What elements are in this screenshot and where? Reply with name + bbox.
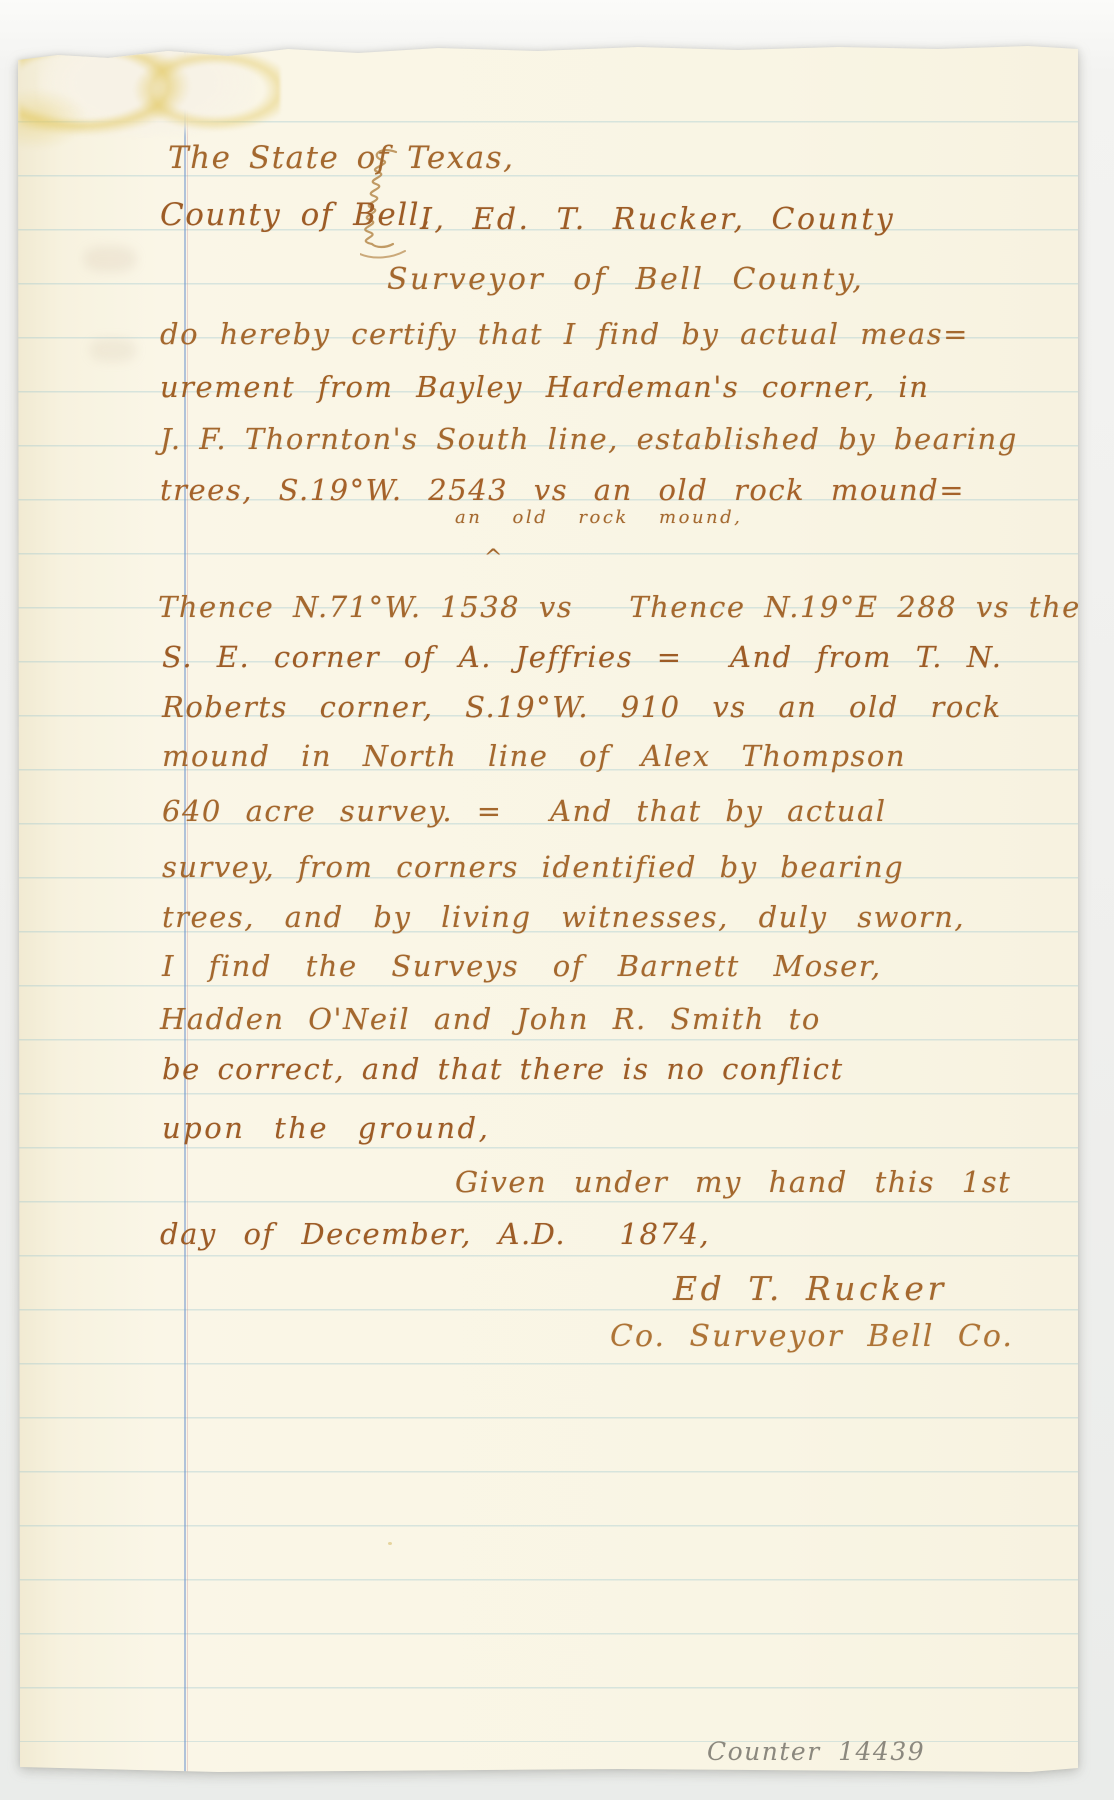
doc-line: S. E. corner of A. Jeffries = And from T…	[162, 641, 1002, 674]
doc-line: be correct, and that there is no conflic…	[162, 1053, 844, 1086]
doc-line-attestation: Given under my hand this 1st	[455, 1166, 1011, 1199]
counter-annotation: Counter 14439	[707, 1738, 925, 1767]
doc-line: I, Ed. T. Rucker, County	[420, 203, 895, 238]
signature-title: Co. Surveyor Bell Co.	[610, 1320, 1014, 1355]
doc-line: Hadden O'Neil and John R. Smith to	[160, 1003, 821, 1036]
paper-speck	[388, 1542, 392, 1545]
paper-stain-edge	[14, 88, 88, 150]
interline-insertion: an old rock mound,	[455, 508, 742, 529]
doc-line-date: day of December, A.D. 1874,	[160, 1218, 710, 1251]
doc-line: Roberts corner, S.19°W. 910 vs an old ro…	[162, 691, 1002, 724]
doc-line: mound in North line of Alex Thompson	[162, 740, 906, 773]
doc-line-county: County of Bell,	[160, 198, 431, 234]
doc-line: urement from Bayley Hardeman's corner, i…	[160, 371, 929, 404]
doc-line: Surveyor of Bell County,	[387, 263, 864, 298]
scan-background: The State of Texas, County of Bell, I, E…	[0, 0, 1114, 1800]
ink-bleedthrough	[84, 246, 136, 272]
doc-line: J. F. Thornton's South line, established…	[160, 423, 1018, 456]
doc-line-state: The State of Texas,	[168, 141, 515, 177]
doc-line: do hereby certify that I find by actual …	[160, 318, 969, 351]
doc-line: 640 acre survey. = And that by actual	[162, 795, 887, 828]
paper-shadow-wrap: The State of Texas, County of Bell, I, E…	[18, 46, 1078, 1772]
ink-bleedthrough	[90, 338, 136, 362]
doc-line: I find the Surveys of Barnett Moser,	[162, 950, 882, 983]
caret-mark: ^	[484, 546, 504, 571]
doc-line: Thence N.71°W. 1538 vs Thence N.19°E 288…	[158, 591, 1081, 624]
doc-line: trees, S.19°W. 2543 vs an old rock mound…	[160, 474, 965, 507]
doc-line: survey, from corners identified by beari…	[162, 851, 904, 884]
doc-line: trees, and by living witnesses, duly swo…	[162, 901, 965, 934]
document-page: The State of Texas, County of Bell, I, E…	[18, 46, 1078, 1772]
signature: Ed T. Rucker	[673, 1270, 947, 1308]
doc-line: upon the ground,	[162, 1112, 490, 1145]
